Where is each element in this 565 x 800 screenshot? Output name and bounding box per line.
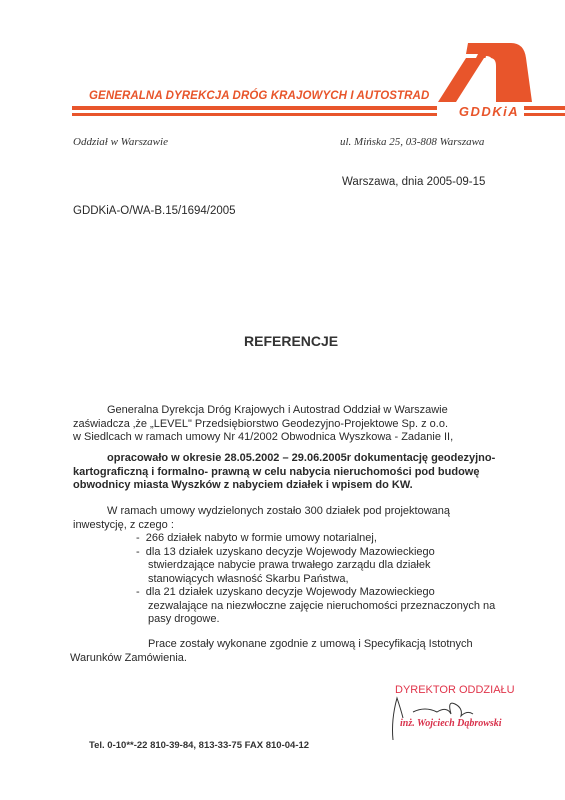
- organization-name: GENERALNA DYREKCJA DRÓG KRAJOWYCH I AUTO…: [89, 90, 429, 102]
- closing-line: Prace zostały wykonane zgodnie z umową i…: [70, 638, 473, 652]
- list-item: - dla 13 działek uzyskano decyzje Wojewo…: [136, 546, 495, 560]
- intro-line: Generalna Dyrekcja Dróg Krajowych i Auto…: [73, 404, 453, 418]
- signatory-name: inż. Wojciech Dąbrowski: [400, 718, 502, 729]
- bold-line: opracowało w okresie 28.05.2002 – 29.06.…: [73, 452, 495, 466]
- intro-line: zaświadcza ‚że „LEVEL" Przedsiębiorstwo …: [73, 418, 453, 432]
- logo-text: GDDKiA: [446, 104, 532, 119]
- bold-line: obwodnicy miasta Wyszków z nabyciem dzia…: [73, 479, 495, 493]
- document-title: REFERENCJE: [244, 333, 338, 349]
- list-item-continuation: stwierdzające nabycie prawa trwałego zar…: [136, 559, 495, 573]
- intro-paragraph: Generalna Dyrekcja Dróg Krajowych i Auto…: [73, 404, 453, 445]
- list-item: - 266 działek nabyto w formie umowy nota…: [136, 532, 495, 546]
- list-item-continuation: zezwalające na niezwłoczne zajęcie nieru…: [136, 600, 495, 614]
- intro-line: w Siedlcach w ramach umowy Nr 41/2002 Ob…: [73, 431, 453, 445]
- header-stripe-top: [72, 106, 437, 110]
- parcels-list: - 266 działek nabyto w formie umowy nota…: [136, 532, 495, 627]
- parcels-paragraph: W ramach umowy wydzielonych zostało 300 …: [73, 505, 450, 532]
- branch-name: Oddział w Warszawie: [73, 136, 168, 148]
- list-item-continuation: stanowiących własność Skarbu Państwa,: [136, 573, 495, 587]
- closing-line: Warunków Zamówienia.: [70, 652, 473, 666]
- bold-line: kartograficzną i formalno- prawną w celu…: [73, 466, 495, 480]
- list-item: - dla 21 działek uzyskano decyzje Wojewo…: [136, 586, 495, 600]
- scope-line: W ramach umowy wydzielonych zostało 300 …: [73, 505, 450, 519]
- reference-number: GDDKiA-O/WA-B.15/1694/2005: [73, 205, 236, 218]
- list-item-continuation: pasy drogowe.: [136, 613, 495, 627]
- scope-line: inwestycję, z czego :: [73, 519, 450, 533]
- branch-address: ul. Mińska 25, 03-808 Warszawa: [340, 136, 484, 148]
- place-date: Warszawa, dnia 2005-09-15: [342, 176, 485, 189]
- scope-of-work-paragraph: opracowało w okresie 28.05.2002 – 29.06.…: [73, 452, 495, 493]
- footer-contact: Tel. 0-10**-22 810-39-84, 813-33-75 FAX …: [89, 740, 309, 751]
- gddkia-logo: GDDKiA: [436, 40, 536, 130]
- header-stripe-bottom: [72, 113, 437, 116]
- closing-paragraph: Prace zostały wykonane zgodnie z umową i…: [70, 638, 473, 665]
